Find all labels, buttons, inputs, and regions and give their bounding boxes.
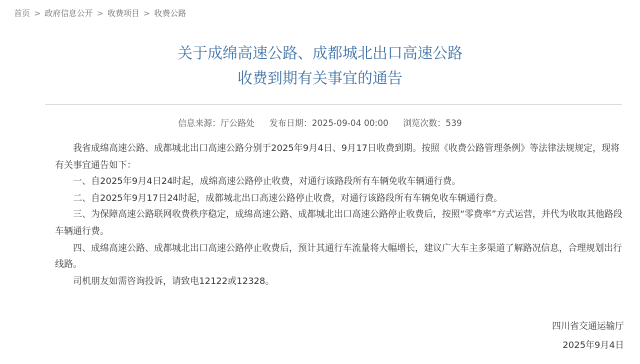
paragraph-intro: 我省成绵高速公路、成都城北出口高速公路分别于2025年9月4日、9月17日收费到… xyxy=(55,141,625,174)
article-body: 我省成绵高速公路、成都城北出口高速公路分别于2025年9月4日、9月17日收费到… xyxy=(55,141,625,290)
breadcrumb-home[interactable]: 首页 xyxy=(14,9,30,18)
breadcrumb-gov-info[interactable]: 政府信息公开 xyxy=(45,9,93,18)
meta-views-value: 539 xyxy=(446,119,462,129)
meta-date-label: 发布日期： xyxy=(269,119,312,129)
signature-date: 2025年9月4日 xyxy=(563,339,624,353)
breadcrumb-separator: > xyxy=(97,9,104,18)
title-divider xyxy=(45,104,622,105)
meta-date-value: 2025-09-04 00:00 xyxy=(312,119,389,129)
breadcrumb-toll-projects[interactable]: 收费项目 xyxy=(107,9,139,18)
paragraph-contact: 司机朋友如需咨询投诉，请致电12122或12328。 xyxy=(55,274,625,291)
paragraph-item-2: 二、自2025年9月17日24时起，成都城北出口高速公路停止收费，对通行该路段所… xyxy=(55,191,625,208)
paragraph-item-1: 一、自2025年9月4日24时起，成绵高速公路停止收费，对通行该路段所有车辆免收… xyxy=(55,174,625,191)
breadcrumb: 首页>政府信息公开>收费项目>收费公路 xyxy=(14,8,186,20)
paragraph-item-4: 四、成绵高速公路、成都城北出口高速公路停止收费后，预计其通行车流量将大幅增长，建… xyxy=(55,241,625,274)
page-title-line-2: 收费到期有关事宜的通告 xyxy=(0,66,640,90)
page-title-line-1: 关于成绵高速公路、成都城北出口高速公路 xyxy=(0,41,640,65)
meta-date: 发布日期：2025-09-04 00:00 xyxy=(269,119,388,129)
paragraph-item-3: 三、为保障高速公路联网收费秩序稳定，成绵高速公路、成都城北出口高速公路停止收费后… xyxy=(55,207,625,240)
article-meta: 信息来源：厅公路处 发布日期：2025-09-04 00:00 浏览次数：539 xyxy=(0,117,640,131)
meta-views-label: 浏览次数： xyxy=(403,119,446,129)
meta-source-label: 信息来源： xyxy=(178,119,221,129)
breadcrumb-separator: > xyxy=(143,9,150,18)
meta-views: 浏览次数：539 xyxy=(403,119,462,129)
breadcrumb-separator: > xyxy=(34,9,41,18)
signature-organization: 四川省交通运输厅 xyxy=(552,320,624,334)
breadcrumb-toll-roads[interactable]: 收费公路 xyxy=(154,9,186,18)
meta-source-value: 厅公路处 xyxy=(221,119,255,129)
meta-source: 信息来源：厅公路处 xyxy=(178,119,255,129)
